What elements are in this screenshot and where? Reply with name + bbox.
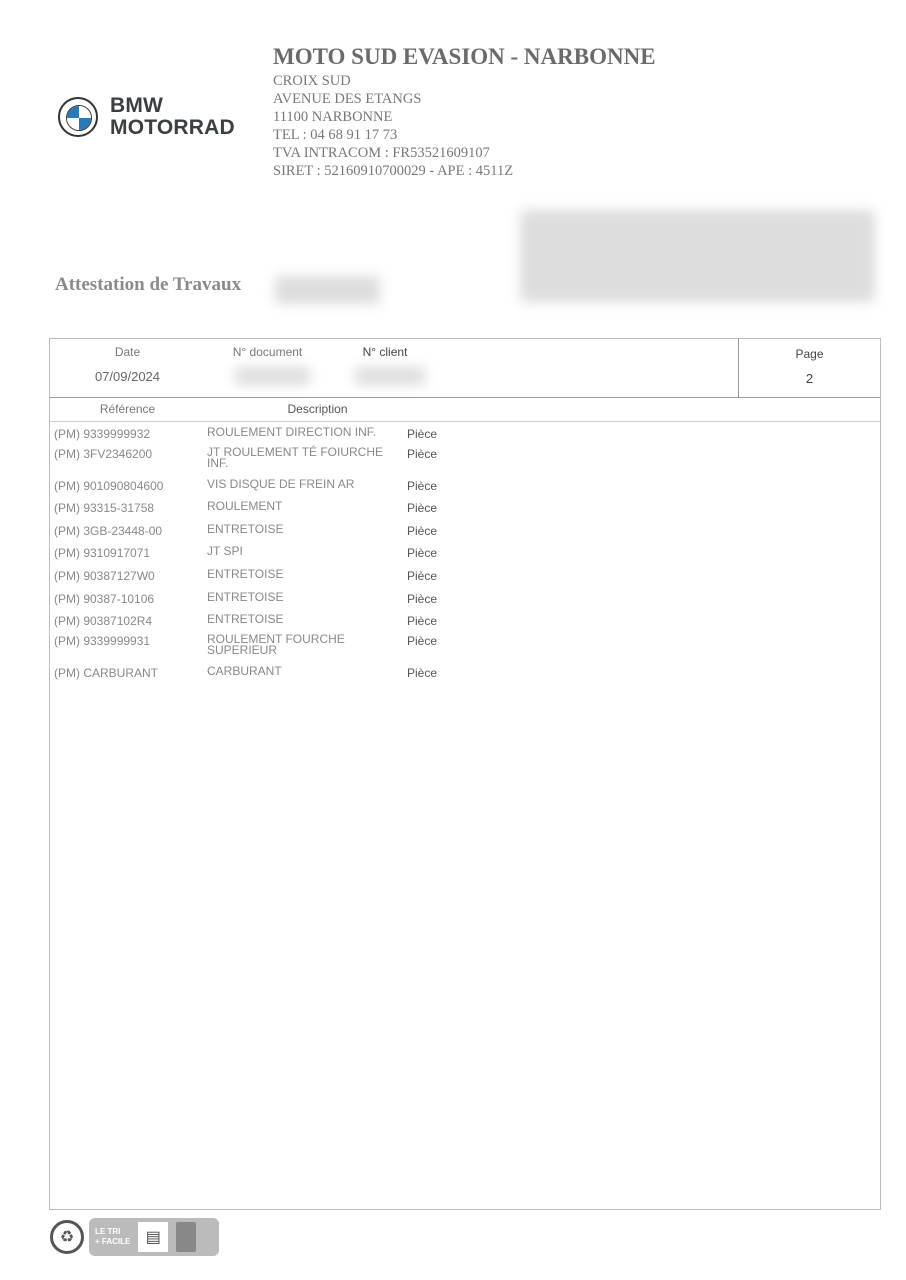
- row-ref: (PM) 9310917071: [54, 546, 150, 560]
- page-cell: Page 2: [738, 339, 880, 397]
- header-block: Date 07/09/2024 N° document N° client Pa…: [50, 339, 880, 398]
- row-type: Pièce: [407, 524, 437, 538]
- redacted-document-number: [275, 276, 380, 304]
- row-desc: ENTRETOISE: [207, 614, 397, 625]
- company-address-line: AVENUE DES ETANGS: [273, 90, 656, 108]
- company-address-line: 11100 NARBONNE: [273, 108, 656, 126]
- works-table: Date 07/09/2024 N° document N° client Pa…: [49, 338, 881, 1210]
- column-headers: Référence Description: [50, 397, 880, 422]
- date-value: 07/09/2024: [75, 369, 180, 384]
- column-reference: Référence: [90, 402, 165, 416]
- company-siret: SIRET : 52160910700029 - APE : 4511Z: [273, 162, 656, 180]
- paper-document-icon: ▤: [138, 1222, 168, 1252]
- row-ref: (PM) 3FV2346200: [54, 447, 152, 461]
- row-type: Pièce: [407, 546, 437, 560]
- row-desc: VIS DISQUE DE FREIN AR: [207, 479, 397, 490]
- company-block: MOTO SUD EVASION - NARBONNE CROIX SUD AV…: [273, 44, 656, 180]
- company-address-line: CROIX SUD: [273, 72, 656, 90]
- brand-line2: MOTORRAD: [110, 117, 235, 139]
- row-desc: JT SPI: [207, 546, 397, 557]
- redacted-client-number: [355, 367, 425, 385]
- row-desc: ROULEMENT DIRECTION INF.: [207, 427, 397, 438]
- row-ref: (PM) 3GB-23448-00: [54, 524, 162, 538]
- doc-number-label: N° document: [220, 345, 315, 359]
- company-name: MOTO SUD EVASION - NARBONNE: [273, 44, 656, 70]
- row-ref: (PM) 90387-10106: [54, 592, 154, 606]
- redacted-client-address: [520, 210, 875, 302]
- row-desc: ENTRETOISE: [207, 524, 397, 535]
- row-desc: ROULEMENT: [207, 501, 397, 512]
- bmw-motorrad-logo: BMW MOTORRAD: [58, 95, 235, 139]
- row-ref: (PM) 901090804600: [54, 479, 163, 493]
- row-desc: JT ROULEMENT TÉ FOIURCHE INF.: [207, 447, 397, 469]
- row-type: Pièce: [407, 592, 437, 606]
- column-description: Description: [275, 402, 360, 416]
- row-desc: CARBURANT: [207, 666, 397, 677]
- row-type: Pièce: [407, 427, 437, 441]
- row-type: Pièce: [407, 614, 437, 628]
- row-type: Pièce: [407, 666, 437, 680]
- row-ref: (PM) 9339999932: [54, 427, 150, 441]
- row-type: Pièce: [407, 634, 437, 648]
- row-desc: ROULEMENT FOURCHE SUPERIEUR: [207, 634, 397, 656]
- redacted-doc-number: [235, 367, 310, 385]
- row-type: Pièce: [407, 501, 437, 515]
- page-label: Page: [739, 347, 880, 361]
- row-type: Pièce: [407, 447, 437, 461]
- recycling-bin-icon: [176, 1222, 196, 1252]
- row-type: Pièce: [407, 479, 437, 493]
- triman-icon: ♻: [50, 1220, 84, 1254]
- row-desc: ENTRETOISE: [207, 569, 397, 580]
- date-label: Date: [90, 345, 165, 359]
- tri-line2: + FACILE: [95, 1237, 130, 1247]
- page-number: 2: [739, 371, 880, 386]
- bmw-roundel-icon: [58, 97, 98, 137]
- row-ref: (PM) 93315-31758: [54, 501, 154, 515]
- row-ref: (PM) 90387102R4: [54, 614, 152, 628]
- row-desc: ENTRETOISE: [207, 592, 397, 603]
- tri-line1: LE TRI: [95, 1227, 130, 1237]
- row-ref: (PM) CARBURANT: [54, 666, 158, 680]
- document-title: Attestation de Travaux: [55, 274, 241, 296]
- tri-badge: LE TRI + FACILE ▤: [89, 1218, 219, 1256]
- row-ref: (PM) 9339999931: [54, 634, 150, 648]
- brand-line1: BMW: [110, 95, 235, 117]
- triman-recycling-logo: ♻ LE TRI + FACILE ▤: [50, 1218, 219, 1256]
- company-vat: TVA INTRACOM : FR53521609107: [273, 144, 656, 162]
- row-ref: (PM) 90387127W0: [54, 569, 155, 583]
- row-type: Pièce: [407, 569, 437, 583]
- company-phone: TEL : 04 68 91 17 73: [273, 126, 656, 144]
- client-number-label: N° client: [350, 345, 420, 359]
